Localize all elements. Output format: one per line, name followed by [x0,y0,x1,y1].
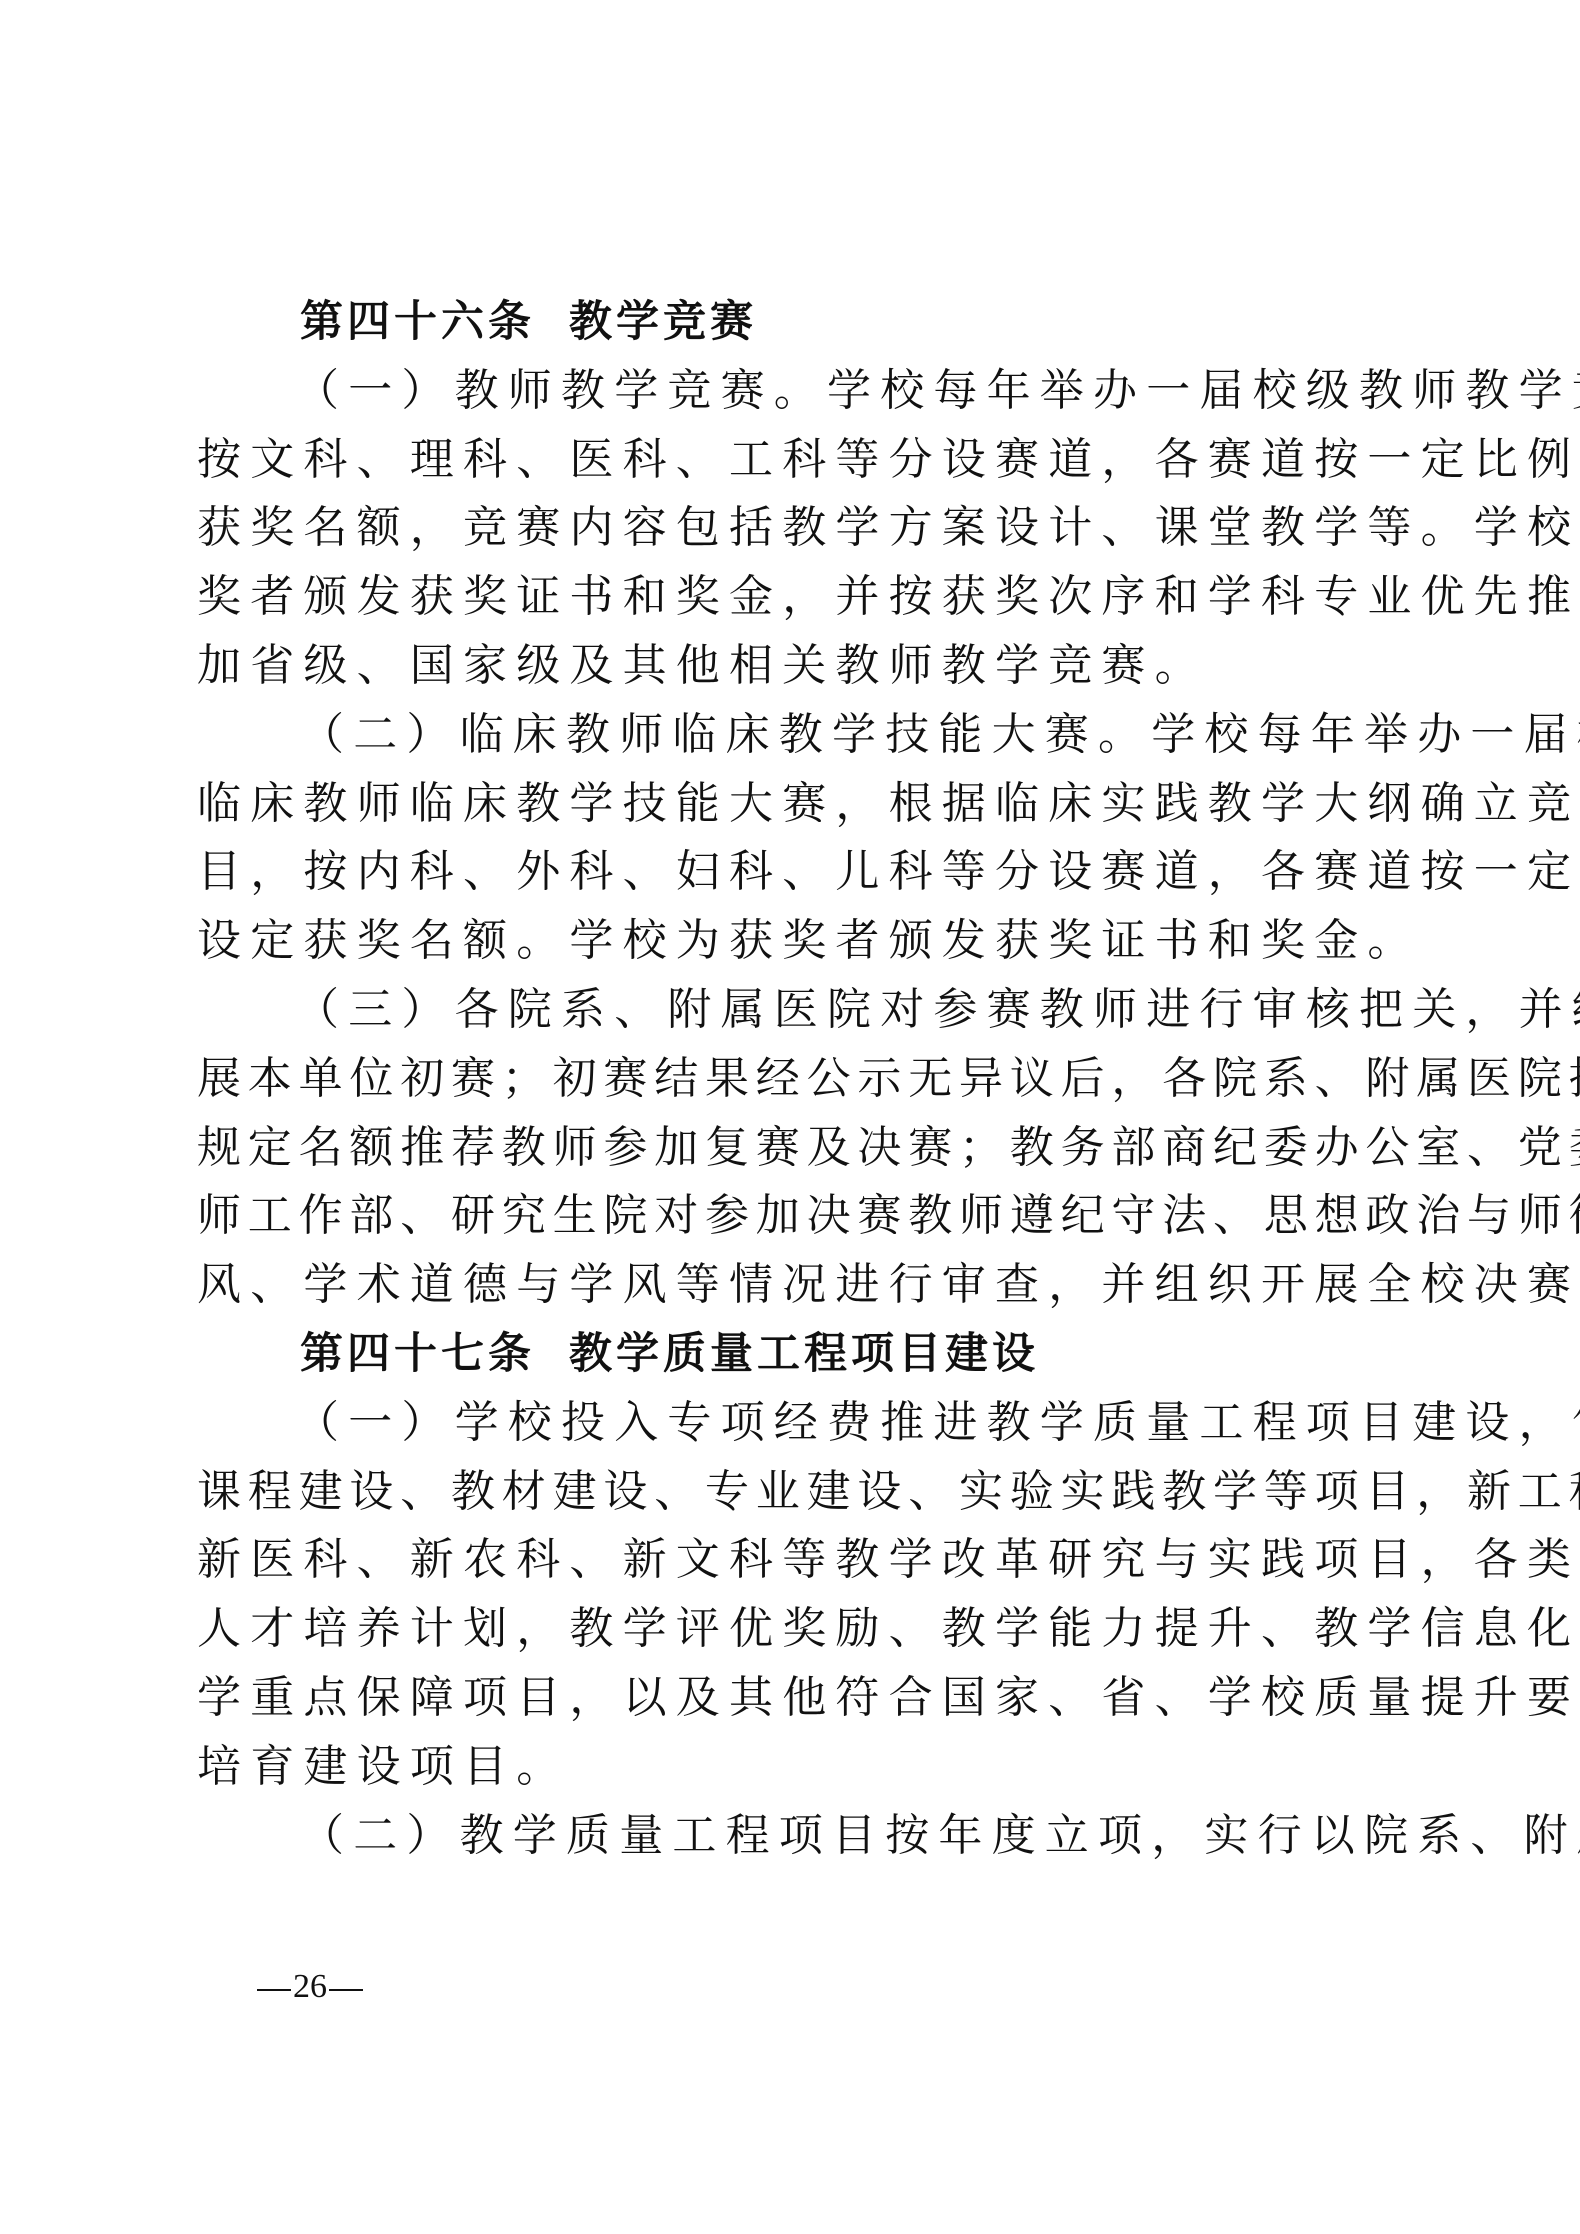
article-46-heading: 第四十六条教学竞赛 [197,288,1372,357]
article-47-title: 教学质量工程项目建设 [569,1329,1039,1379]
paragraph-line: 课程建设、教材建设、专业建设、实验实践教学等项目，新工科、 [197,1458,1372,1527]
paragraph-line: 师工作部、研究生院对参加决赛教师遵纪守法、思想政治与师德师 [197,1182,1372,1251]
page-number-dash-left [257,1989,291,1991]
article-47-heading: 第四十七条教学质量工程项目建设 [197,1320,1372,1389]
article-46-paragraph-1: （一）教师教学竞赛。学校每年举办一届校级教师教学竞赛， 按文科、理科、医科、工科… [197,357,1372,701]
paragraph-line: 获奖名额，竞赛内容包括教学方案设计、课堂教学等。学校为获 [197,494,1372,563]
paragraph-line: 奖者颁发获奖证书和奖金，并按获奖次序和学科专业优先推荐参 [197,563,1372,632]
article-46-paragraph-3: （三）各院系、附属医院对参赛教师进行审核把关，并组织开 展本单位初赛；初赛结果经… [197,976,1372,1320]
paragraph-line: 规定名额推荐教师参加复赛及决赛；教务部商纪委办公室、党委教 [197,1114,1372,1183]
paragraph-line: （二）临床教师临床教学技能大赛。学校每年举办一届校级 [197,701,1372,770]
paragraph-line: 风、学术道德与学风等情况进行审查，并组织开展全校决赛。 [197,1251,1372,1320]
article-46-paragraph-2: （二）临床教师临床教学技能大赛。学校每年举办一届校级 临床教师临床教学技能大赛，… [197,701,1372,976]
article-47-paragraph-1: （一）学校投入专项经费推进教学质量工程项目建设，包括： 课程建设、教材建设、专业… [197,1389,1372,1802]
page-number-dash-right [329,1989,363,1991]
document-page: 第四十六条教学竞赛 （一）教师教学竞赛。学校每年举办一届校级教师教学竞赛， 按文… [197,288,1372,1870]
paragraph-line: 临床教师临床教学技能大赛，根据临床实践教学大纲确立竞赛项 [197,770,1372,839]
article-46-number: 第四十六条 [300,297,535,347]
paragraph-line: （三）各院系、附属医院对参赛教师进行审核把关，并组织开 [197,976,1372,1045]
paragraph-line: 目，按内科、外科、妇科、儿科等分设赛道，各赛道按一定比例 [197,838,1372,907]
paragraph-line: （一）学校投入专项经费推进教学质量工程项目建设，包括： [197,1389,1372,1458]
paragraph-line: 新医科、新农科、新文科等教学改革研究与实践项目，各类专项 [197,1526,1372,1595]
article-47-number: 第四十七条 [300,1329,535,1379]
paragraph-line: 按文科、理科、医科、工科等分设赛道，各赛道按一定比例设定 [197,426,1372,495]
page-number: 26 [255,1968,365,2006]
paragraph-line: （一）教师教学竞赛。学校每年举办一届校级教师教学竞赛， [197,357,1372,426]
paragraph-line: 展本单位初赛；初赛结果经公示无异议后，各院系、附属医院按照 [197,1045,1372,1114]
paragraph-line: （二）教学质量工程项目按年度立项，实行以院系、附属医 [197,1802,1372,1871]
paragraph-line: 设定获奖名额。学校为获奖者颁发获奖证书和奖金。 [197,907,1372,976]
page-number-value: 26 [293,1968,327,2006]
paragraph-line: 加省级、国家级及其他相关教师教学竞赛。 [197,632,1372,701]
paragraph-line: 人才培养计划，教学评优奖励、教学能力提升、教学信息化等教 [197,1595,1372,1664]
paragraph-line: 学重点保障项目，以及其他符合国家、省、学校质量提升要求的 [197,1664,1372,1733]
article-47-paragraph-2: （二）教学质量工程项目按年度立项，实行以院系、附属医 [197,1802,1372,1871]
article-46-title: 教学竞赛 [569,297,757,347]
paragraph-line: 培育建设项目。 [197,1733,1372,1802]
